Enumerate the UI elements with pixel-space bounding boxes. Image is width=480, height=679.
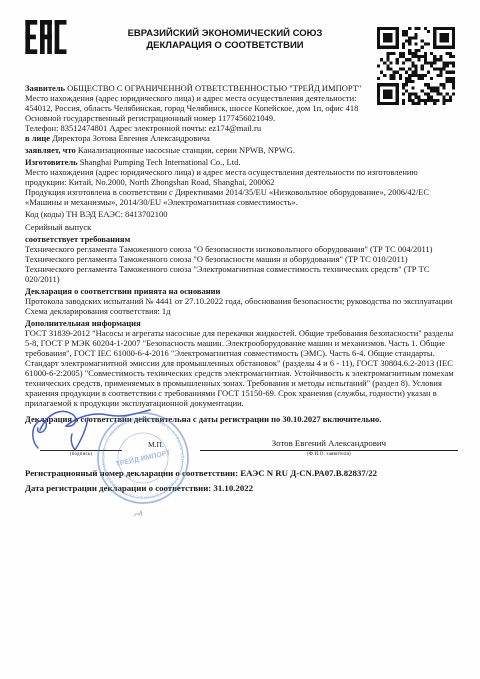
paragraph: в лице Директора Зотова Евгения Александ… xyxy=(25,134,458,144)
paragraph-text: Продукция изготовлена в соответствии с Д… xyxy=(25,187,429,207)
paragraph-lead: в лице xyxy=(25,133,50,143)
paragraph-lead: соответствует требованиям xyxy=(25,234,130,244)
signature-line xyxy=(40,440,122,451)
paragraph: ГОСТ 31839-2012 "Насосы и агрегаты насос… xyxy=(25,329,458,408)
paragraph-text: Схема декларирования соответствия: 1д xyxy=(25,306,171,316)
ink-mark xyxy=(133,510,143,518)
paragraph-text: Серийный выпуск xyxy=(25,222,91,232)
paragraph-lead: Декларация о соответствии принята на осн… xyxy=(25,286,220,296)
paragraph-text: Технического регламента Таможенного союз… xyxy=(25,264,430,284)
name-caption: (Ф.И.О. заявителя) xyxy=(200,452,458,457)
reg-number-label: Регистрационный номер декларации о соотв… xyxy=(25,468,240,478)
paragraph-text: Канализационные насосные станции, серии … xyxy=(76,145,295,155)
paragraph-lead: Заявитель xyxy=(25,83,65,93)
paragraph-text: Технического регламента Таможенного союз… xyxy=(25,244,432,254)
reg-date-value: 31.10.2022 xyxy=(213,483,253,493)
paragraph: Место нахождения (адрес юридического лиц… xyxy=(25,168,458,188)
registration-number-line: Регистрационный номер декларации о соотв… xyxy=(25,468,458,478)
paragraph-lead: Изготовитель xyxy=(25,157,78,167)
paragraph: Технического регламента Таможенного союз… xyxy=(25,265,458,285)
registration-date-line: Дата регистрации декларации о соответств… xyxy=(25,483,458,493)
document-body: Заявитель ОБЩЕСТВО С ОГРАНИЧЕННОЙ ОТВЕТС… xyxy=(25,84,458,493)
declarant-area: Зотов Евгений Александрович (Ф.И.О. заяв… xyxy=(200,438,458,457)
document-title: ДЕКЛАРАЦИЯ О СООТВЕТСТВИИ xyxy=(88,40,362,52)
paragraph-text: Место нахождения (адрес юридического лиц… xyxy=(25,93,358,113)
paragraph: заявляет, что Канализационные насосные с… xyxy=(25,146,458,156)
signature-area: (подпись) xyxy=(40,440,122,457)
paragraph-text: Технического регламента Таможенного союз… xyxy=(25,254,408,264)
paragraph: Код (коды) ТН ВЭД ЕАЭС: 8413702100 xyxy=(25,210,458,220)
paragraph-lead: заявляет, что xyxy=(25,145,76,155)
body-paragraphs: Заявитель ОБЩЕСТВО С ОГРАНИЧЕННОЙ ОТВЕТС… xyxy=(25,84,458,409)
union-title: ЕВРАЗИЙСКИЙ ЭКОНОМИЧЕСКИЙ СОЮЗ xyxy=(88,28,362,40)
bottom-block: Декларация о соответствии действительна … xyxy=(25,414,458,493)
paragraph-text: Shanghai Pumping Tech International Co.,… xyxy=(78,157,241,167)
document-page: ЕВРАЗИЙСКИЙ ЭКОНОМИЧЕСКИЙ СОЮЗ ДЕКЛАРАЦИ… xyxy=(0,0,480,679)
signature-row: (подпись) М.П. Зотов Евгений Александров… xyxy=(25,438,458,457)
paragraph-lead: Дополнительная информация xyxy=(25,318,141,328)
signature-scrawl xyxy=(28,406,156,456)
paragraph-text: ОБЩЕСТВО С ОГРАНИЧЕННОЙ ОТВЕТСТВЕННОСТЬЮ… xyxy=(65,83,361,93)
paragraph-text: Место нахождения (адрес юридического лиц… xyxy=(25,167,418,187)
paragraph-text: Протокола заводских испытаний № 4441 от … xyxy=(25,296,452,306)
declarant-name: Зотов Евгений Александрович xyxy=(200,438,458,448)
paragraph: Продукция изготовлена в соответствии с Д… xyxy=(25,188,458,208)
name-line xyxy=(200,448,458,451)
paragraph: Серийный выпуск xyxy=(25,223,458,233)
paragraph: Схема декларирования соответствия: 1д xyxy=(25,307,458,317)
paragraph: Место нахождения (адрес юридического лиц… xyxy=(25,94,370,114)
reg-number-value: ЕАЭС N RU Д-CN.РА07.В.82837/22 xyxy=(240,468,377,478)
paragraph-text: ГОСТ 31839-2012 "Насосы и агрегаты насос… xyxy=(25,328,454,407)
document-header: ЕВРАЗИЙСКИЙ ЭКОНОМИЧЕСКИЙ СОЮЗ ДЕКЛАРАЦИ… xyxy=(88,28,362,52)
reg-date-label: Дата регистрации декларации о соответств… xyxy=(25,483,213,493)
eac-logo xyxy=(25,20,67,54)
paragraph-text: Основной государственный регистрационный… xyxy=(25,113,275,123)
paragraph-text: Код (коды) ТН ВЭД ЕАЭС: 8413702100 xyxy=(25,209,168,219)
paragraph-text: Телефон: 83512474801 Адрес электронной п… xyxy=(25,123,261,133)
paragraph-text: Директора Зотова Евгения Александровича xyxy=(50,133,210,143)
